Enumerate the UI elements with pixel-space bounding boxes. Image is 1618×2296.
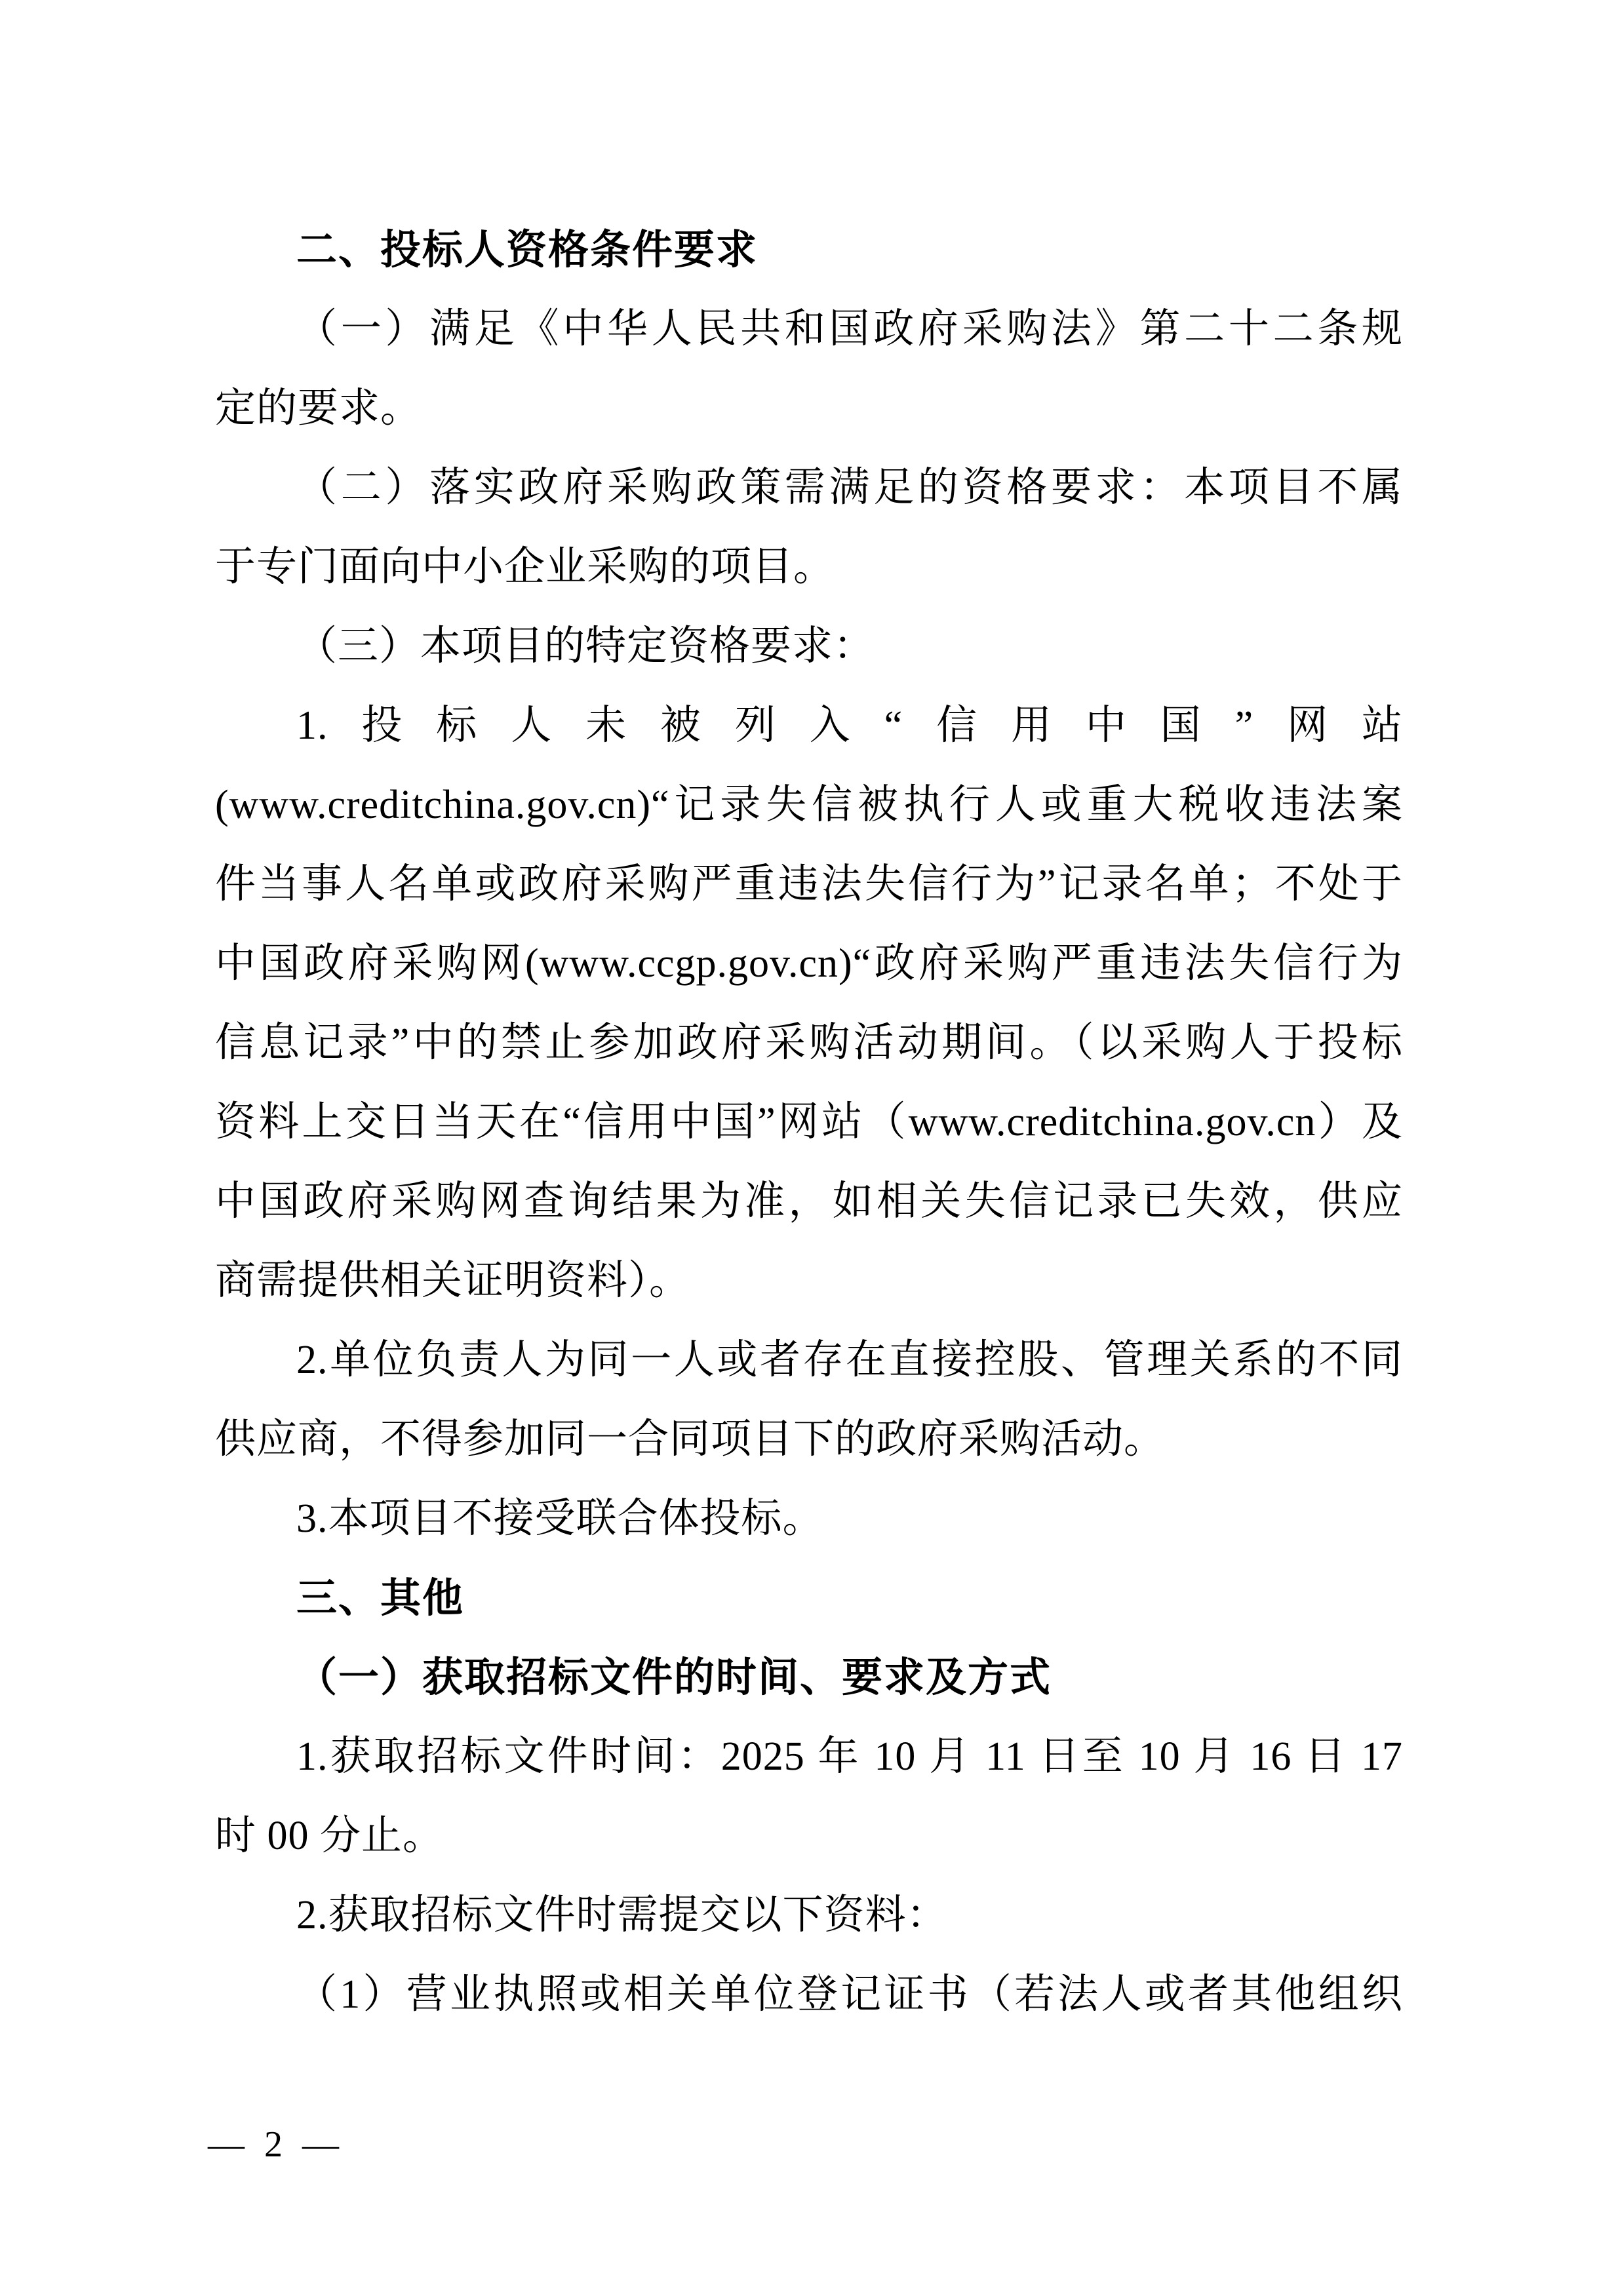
text-line: 2.单位负责人为同一人或者存在直接控股、管理关系的不同 (215, 1321, 1403, 1400)
text-line: 1.投标人未被列入“信用中国”网站 (215, 686, 1403, 766)
text-line: 1.获取招标文件时间：2025 年 10 月 11 日至 10 月 16 日 1… (215, 1717, 1403, 1797)
text-line: （1）营业执照或相关单位登记证书（若法人或者其他组织 (215, 1955, 1403, 2034)
text-line: 于专门面向中小企业采购的项目。 (215, 528, 1403, 607)
text-line: （一）满足《中华人民共和国政府采购法》第二十二条规 (215, 290, 1403, 369)
text-line: 三、其他 (215, 1559, 1403, 1638)
text-line: 二、投标人资格条件要求 (215, 210, 1403, 290)
text-line: 2.获取招标文件时需提交以下资料： (215, 1876, 1403, 1955)
text-line: （三）本项目的特定资格要求： (215, 607, 1403, 686)
page-number: — 2 — (208, 2124, 344, 2166)
text-line: 定的要求。 (215, 369, 1403, 448)
text-line: (www.creditchina.gov.cn)“记录失信被执行人或重大税收违法… (215, 766, 1403, 845)
text-line: 中国政府采购网(www.ccgp.gov.cn)“政府采购严重违法失信行为 (215, 924, 1403, 1003)
text-line: （一）获取招标文件的时间、要求及方式 (215, 1638, 1403, 1717)
document-content: 二、投标人资格条件要求（一）满足《中华人民共和国政府采购法》第二十二条规定的要求… (215, 210, 1403, 2034)
text-line: 供应商，不得参加同一合同项目下的政府采购活动。 (215, 1400, 1403, 1479)
text-line: （二）落实政府采购政策需满足的资格要求：本项目不属 (215, 448, 1403, 528)
text-line: 时 00 分止。 (215, 1797, 1403, 1876)
text-line: 中国政府采购网查询结果为准，如相关失信记录已失效，供应 (215, 1162, 1403, 1241)
text-line: 件当事人名单或政府采购严重违法失信行为”记录名单；不处于 (215, 845, 1403, 924)
text-line: 资料上交日当天在“信用中国”网站（www.creditchina.gov.cn）… (215, 1083, 1403, 1162)
text-line: 商需提供相关证明资料）。 (215, 1241, 1403, 1321)
document-page: 二、投标人资格条件要求（一）满足《中华人民共和国政府采购法》第二十二条规定的要求… (0, 0, 1618, 2296)
text-line: 信息记录”中的禁止参加政府采购活动期间。（以采购人于投标 (215, 1003, 1403, 1083)
text-line: 3.本项目不接受联合体投标。 (215, 1479, 1403, 1559)
